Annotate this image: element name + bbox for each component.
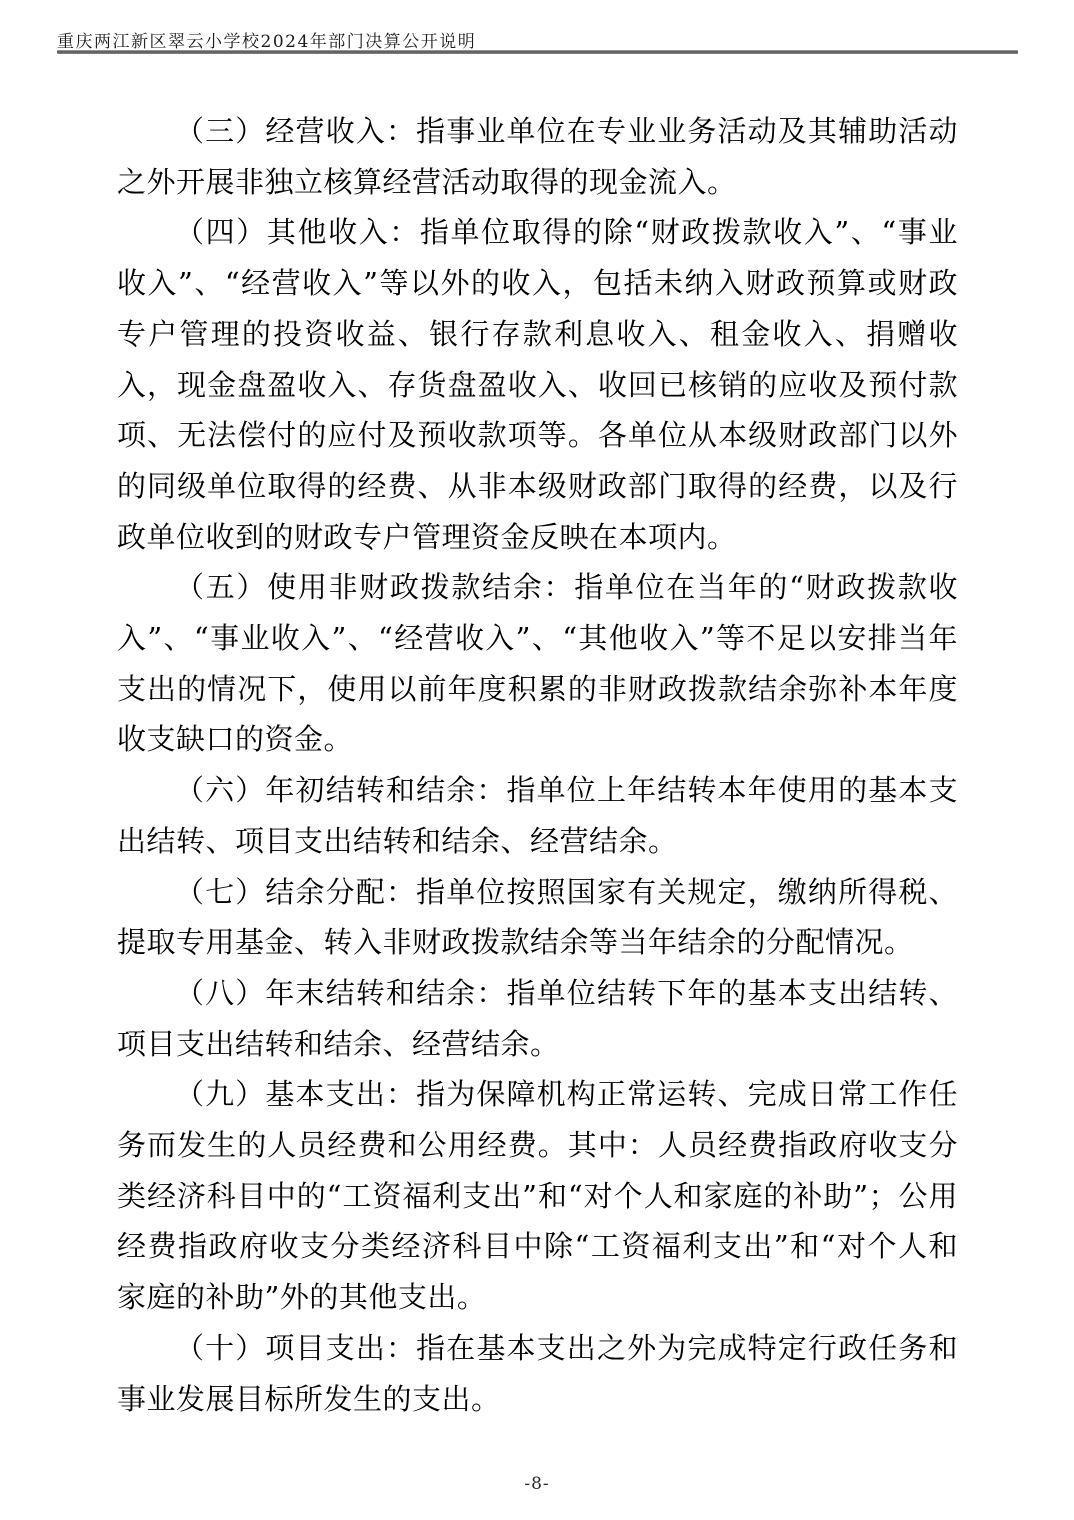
- paragraph-operating-revenue: （三）经营收入：指事业单位在专业业务活动及其辅助活动之外开展非独立核算经营活动取…: [117, 106, 958, 207]
- paragraph-yearend-carryover: （八）年末结转和结余：指单位结转下年的基本支出结转、项目支出结转和结余、经营结余…: [117, 968, 958, 1069]
- paragraph-beginning-carryover: （六）年初结转和结余：指单位上年结转本年使用的基本支出结转、项目支出结转和结余、…: [117, 765, 958, 866]
- document-body: （三）经营收入：指事业单位在专业业务活动及其辅助活动之外开展非独立核算经营活动取…: [117, 106, 958, 1424]
- paragraph-non-fiscal-surplus-use: （五）使用非财政拨款结余：指单位在当年的“财政拨款收入”、“事业收入”、“经营收…: [117, 562, 958, 765]
- page-header-title: 重庆两江新区翠云小学校2024年部门决算公开说明: [57, 27, 476, 52]
- paragraph-surplus-distribution: （七）结余分配：指单位按照国家有关规定，缴纳所得税、提取专用基金、转入非财政拨款…: [117, 867, 958, 968]
- page-number: -8-: [0, 1474, 1074, 1494]
- paragraph-basic-expenditure: （九）基本支出：指为保障机构正常运转、完成日常工作任务而发生的人员经费和公用经费…: [117, 1069, 958, 1323]
- paragraph-project-expenditure: （十）项目支出：指在基本支出之外为完成特定行政任务和事业发展目标所发生的支出。: [117, 1323, 958, 1424]
- header-divider-rule: [57, 50, 1018, 54]
- paragraph-other-revenue: （四）其他收入：指单位取得的除“财政拨款收入”、“事业收入”、“经营收入”等以外…: [117, 207, 958, 562]
- document-page: 重庆两江新区翠云小学校2024年部门决算公开说明 （三）经营收入：指事业单位在专…: [0, 0, 1074, 1520]
